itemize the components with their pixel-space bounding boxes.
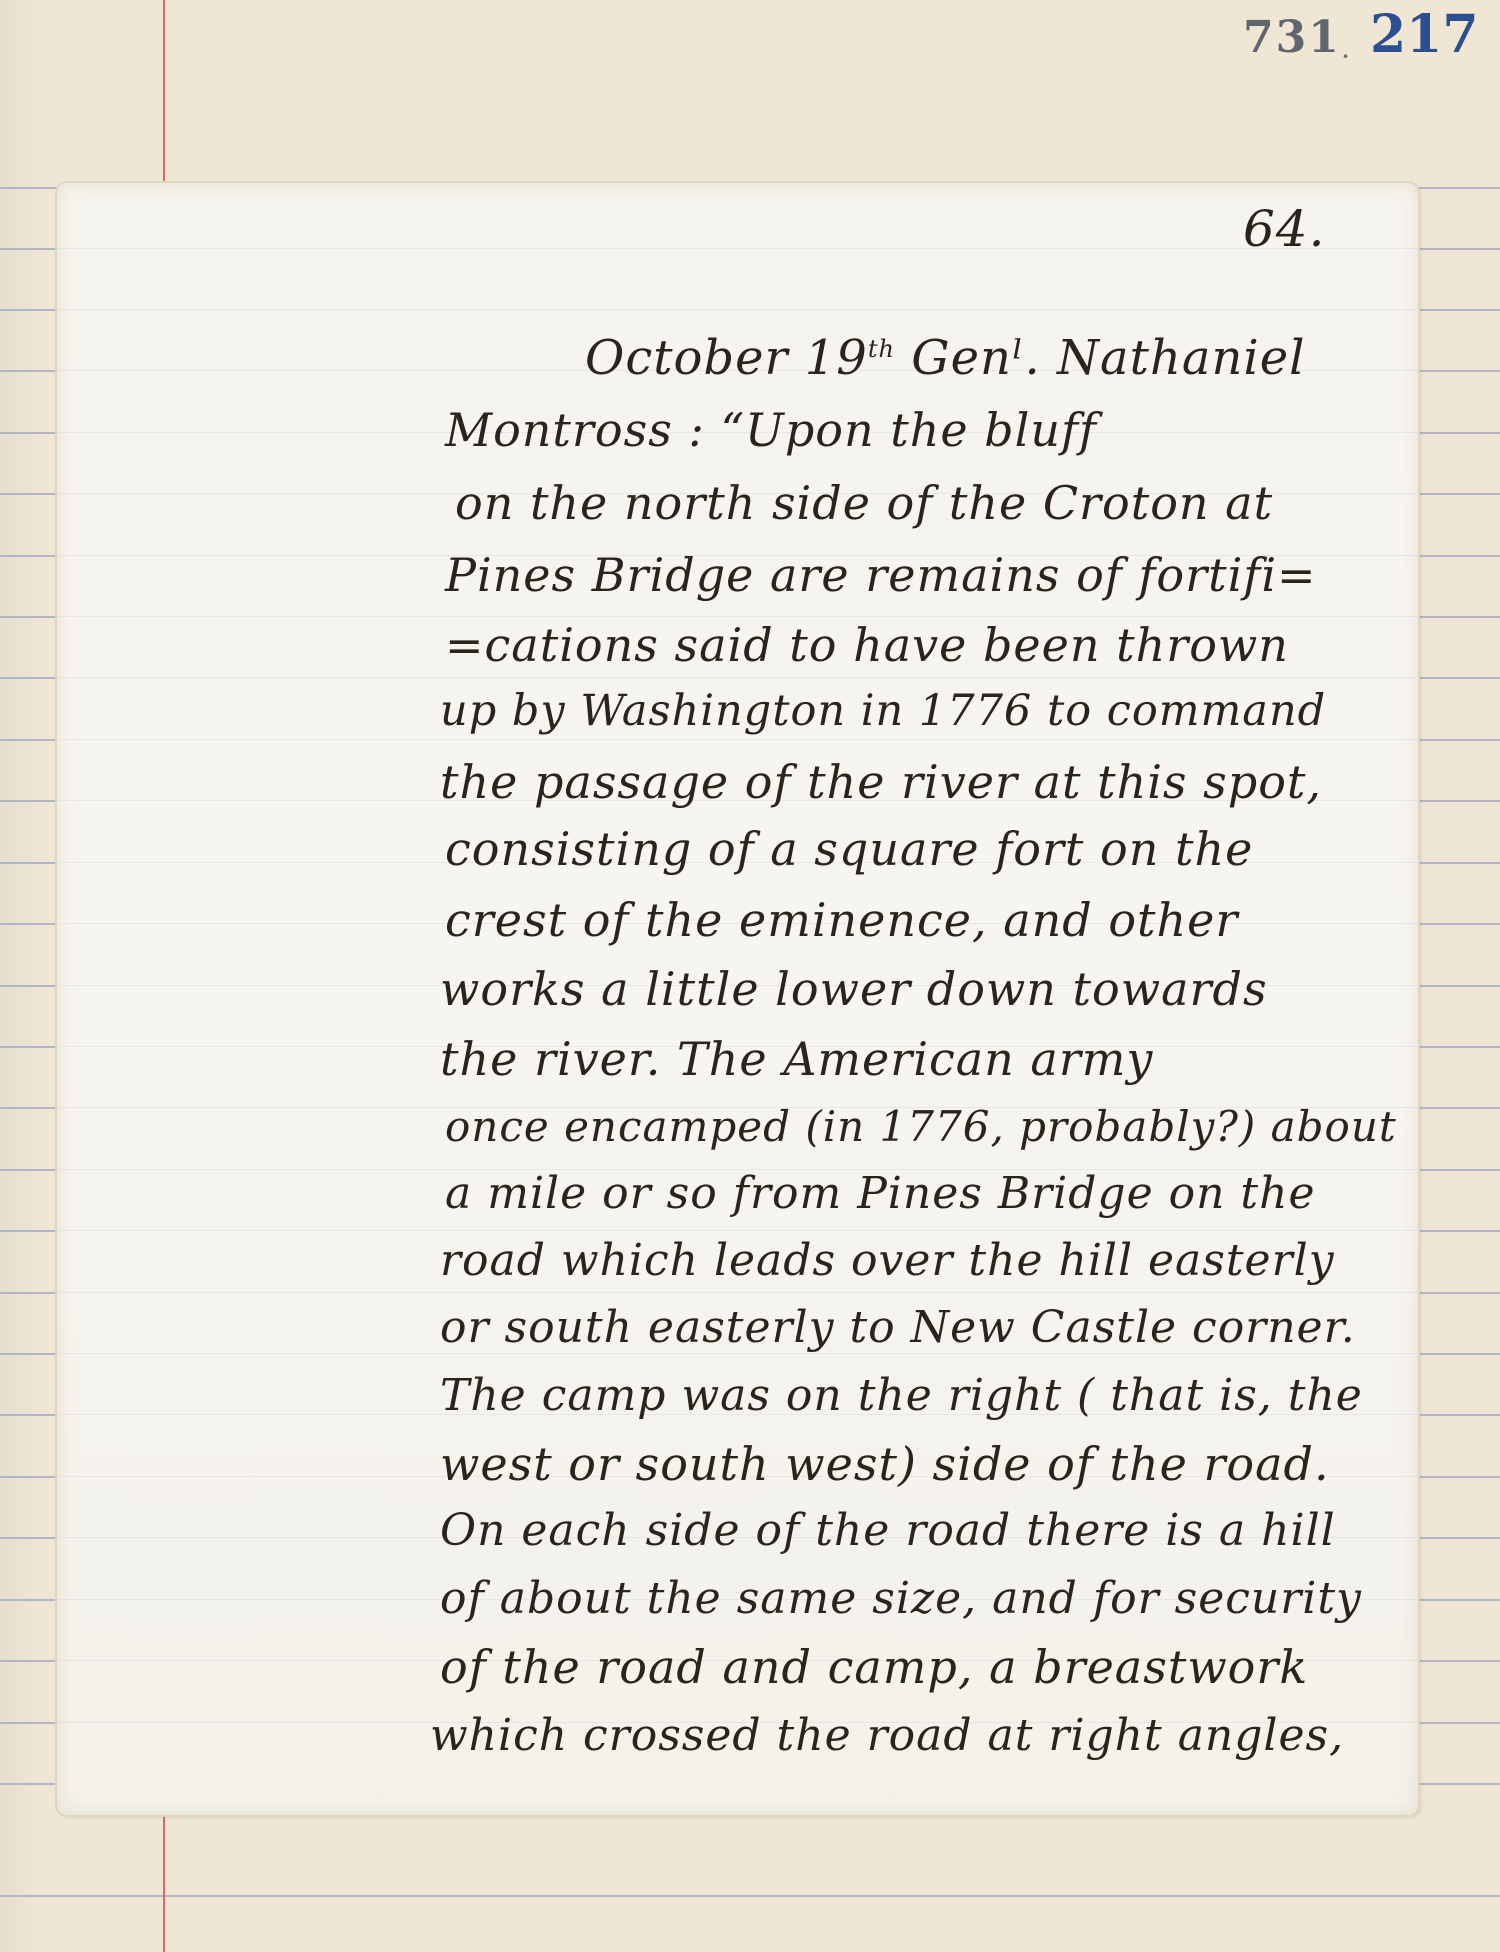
text-line: which crossed the road at right angles, [430,1710,1344,1761]
text-line: Pines Bridge are remains of fortifi= [445,548,1317,602]
entry-date: October 19 [585,330,868,386]
text-line: west or south west) side of the road. [440,1437,1330,1491]
text-line: crest of the eminence, and other [445,893,1238,947]
text-line: road which leads over the hill easterly [440,1235,1335,1286]
text-line: of about the same size, and for security [440,1573,1362,1624]
manuscript-page-number: 64. [1243,200,1326,258]
text-line: =cations said to have been thrown [445,618,1289,672]
text-line: works a little lower down towards [440,962,1268,1016]
text-line: on the north side of the Croton at [455,476,1273,530]
text-line: the river. The American army [440,1032,1153,1086]
text-line: the passage of the river at this spot, [440,755,1322,809]
ruled-line [0,1895,1500,1897]
text-line: The camp was on the right ( that is, the [440,1370,1363,1421]
stamp-separator: · [1342,44,1349,68]
text-line: once encamped (in 1776, probably?) about [445,1102,1397,1151]
text-line: a mile or so from Pines Bridge on the [445,1168,1316,1219]
text-line: or south easterly to New Castle corner. [440,1302,1356,1353]
text-line: Montross : “Upon the bluff [445,403,1097,457]
text-line: consisting of a square fort on the [445,822,1253,876]
text-line: of the road and camp, a breastwork [440,1640,1308,1694]
entry-heading: October 19th Genˡ. Nathaniel [585,330,1306,386]
red-margin-line [163,0,165,185]
text-line: up by Washington in 1776 to command [440,686,1326,736]
red-margin-line [163,1815,165,1952]
page-stamp: 217 [1370,4,1479,65]
text-line: On each side of the road there is a hill [440,1505,1336,1556]
date-suffix: th [868,335,895,363]
catalog-stamp: 731 [1243,12,1341,63]
entry-title: Genˡ. Nathaniel [911,330,1305,386]
